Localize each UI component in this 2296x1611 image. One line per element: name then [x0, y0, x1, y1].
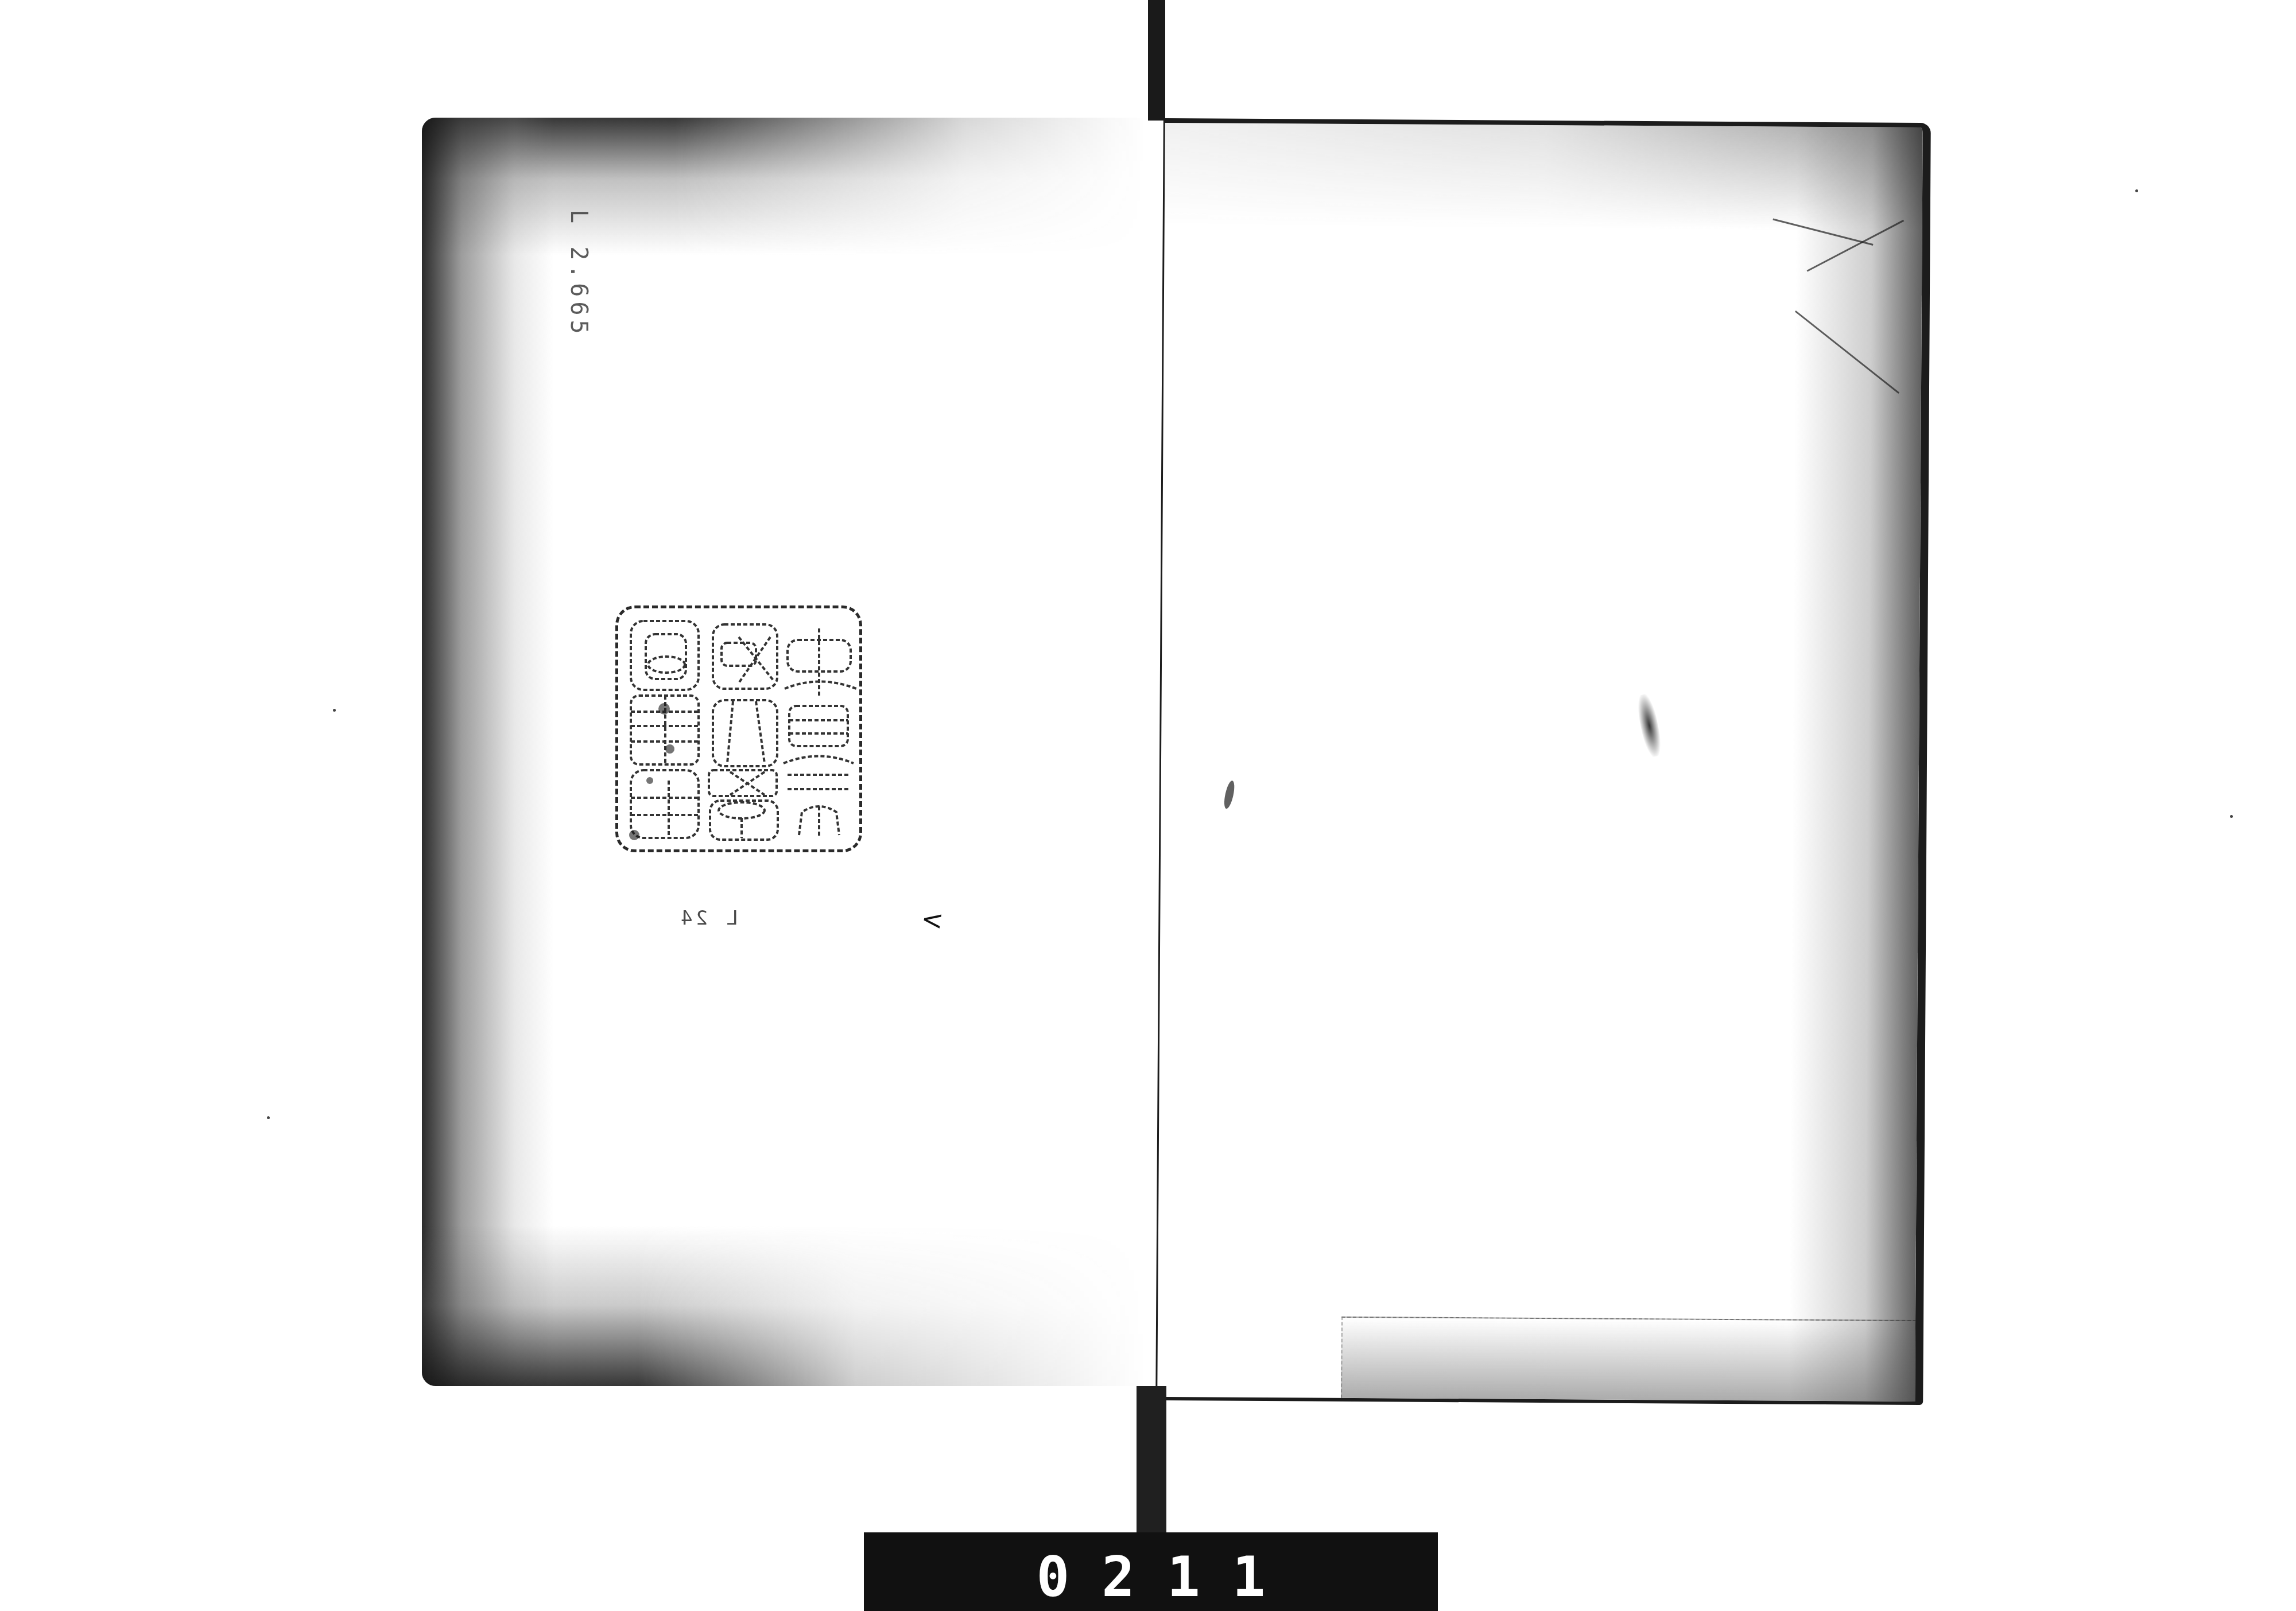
- ink-smudge: [1635, 693, 1665, 758]
- left-page-left-wear: [422, 118, 554, 1386]
- speck: [2230, 815, 2233, 818]
- call-number-vertical: L 2.665: [565, 209, 592, 339]
- right-page: [1155, 118, 1931, 1405]
- label-bar: 0211: [864, 1532, 1438, 1611]
- seal-characters-icon: [618, 608, 859, 849]
- speck: [333, 709, 336, 712]
- seal-stamp: [615, 605, 862, 852]
- right-page-right-wear: [1789, 127, 1923, 1402]
- label-number: 0211: [864, 1545, 1438, 1609]
- spine-bottom: [1137, 1386, 1166, 1544]
- right-page-bottom-wear: [1341, 1317, 1917, 1402]
- chevron-mark-icon: <: [919, 903, 945, 937]
- speck: [267, 1116, 270, 1119]
- left-page-bottom-wear: [422, 1225, 1145, 1386]
- ink-smudge: [1222, 780, 1236, 810]
- call-number-horizontal: L 24: [677, 907, 738, 930]
- spine-top: [1148, 0, 1165, 121]
- speck: [2135, 189, 2138, 192]
